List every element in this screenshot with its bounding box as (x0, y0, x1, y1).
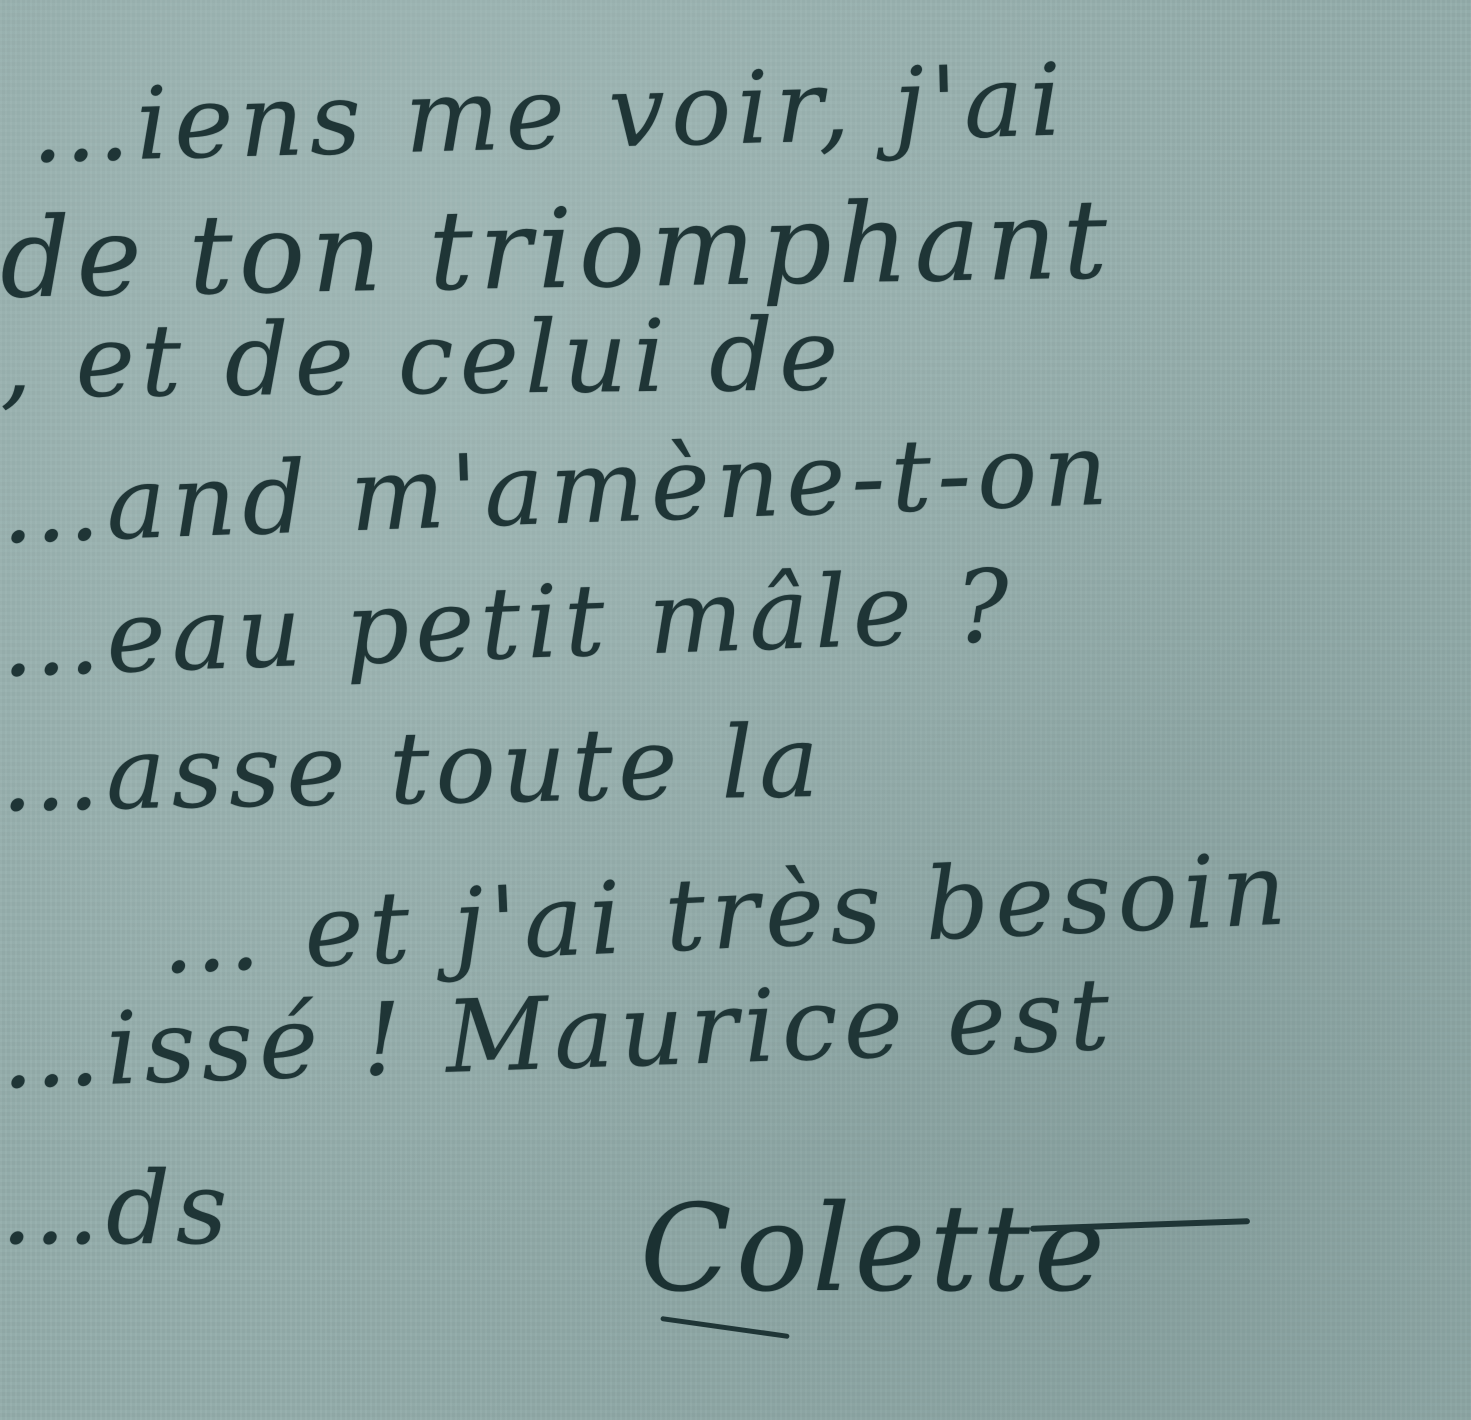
letter-line-6: …asse toute la (0, 703, 826, 834)
letter-line-5: …eau petit mâle ? (0, 547, 1017, 699)
letter-line-9: …ds (0, 1150, 233, 1267)
letter-page: …iens me voir, j'ai de ton triomphant , … (0, 0, 1471, 1420)
letter-line-4: …and m'amène-t-on (0, 411, 1115, 567)
signature: Colette (640, 1180, 1109, 1319)
letter-line-1: …iens me voir, j'ai (29, 41, 1069, 185)
signature-underline (660, 1316, 789, 1339)
letter-line-3: , et de celui de (0, 296, 845, 420)
